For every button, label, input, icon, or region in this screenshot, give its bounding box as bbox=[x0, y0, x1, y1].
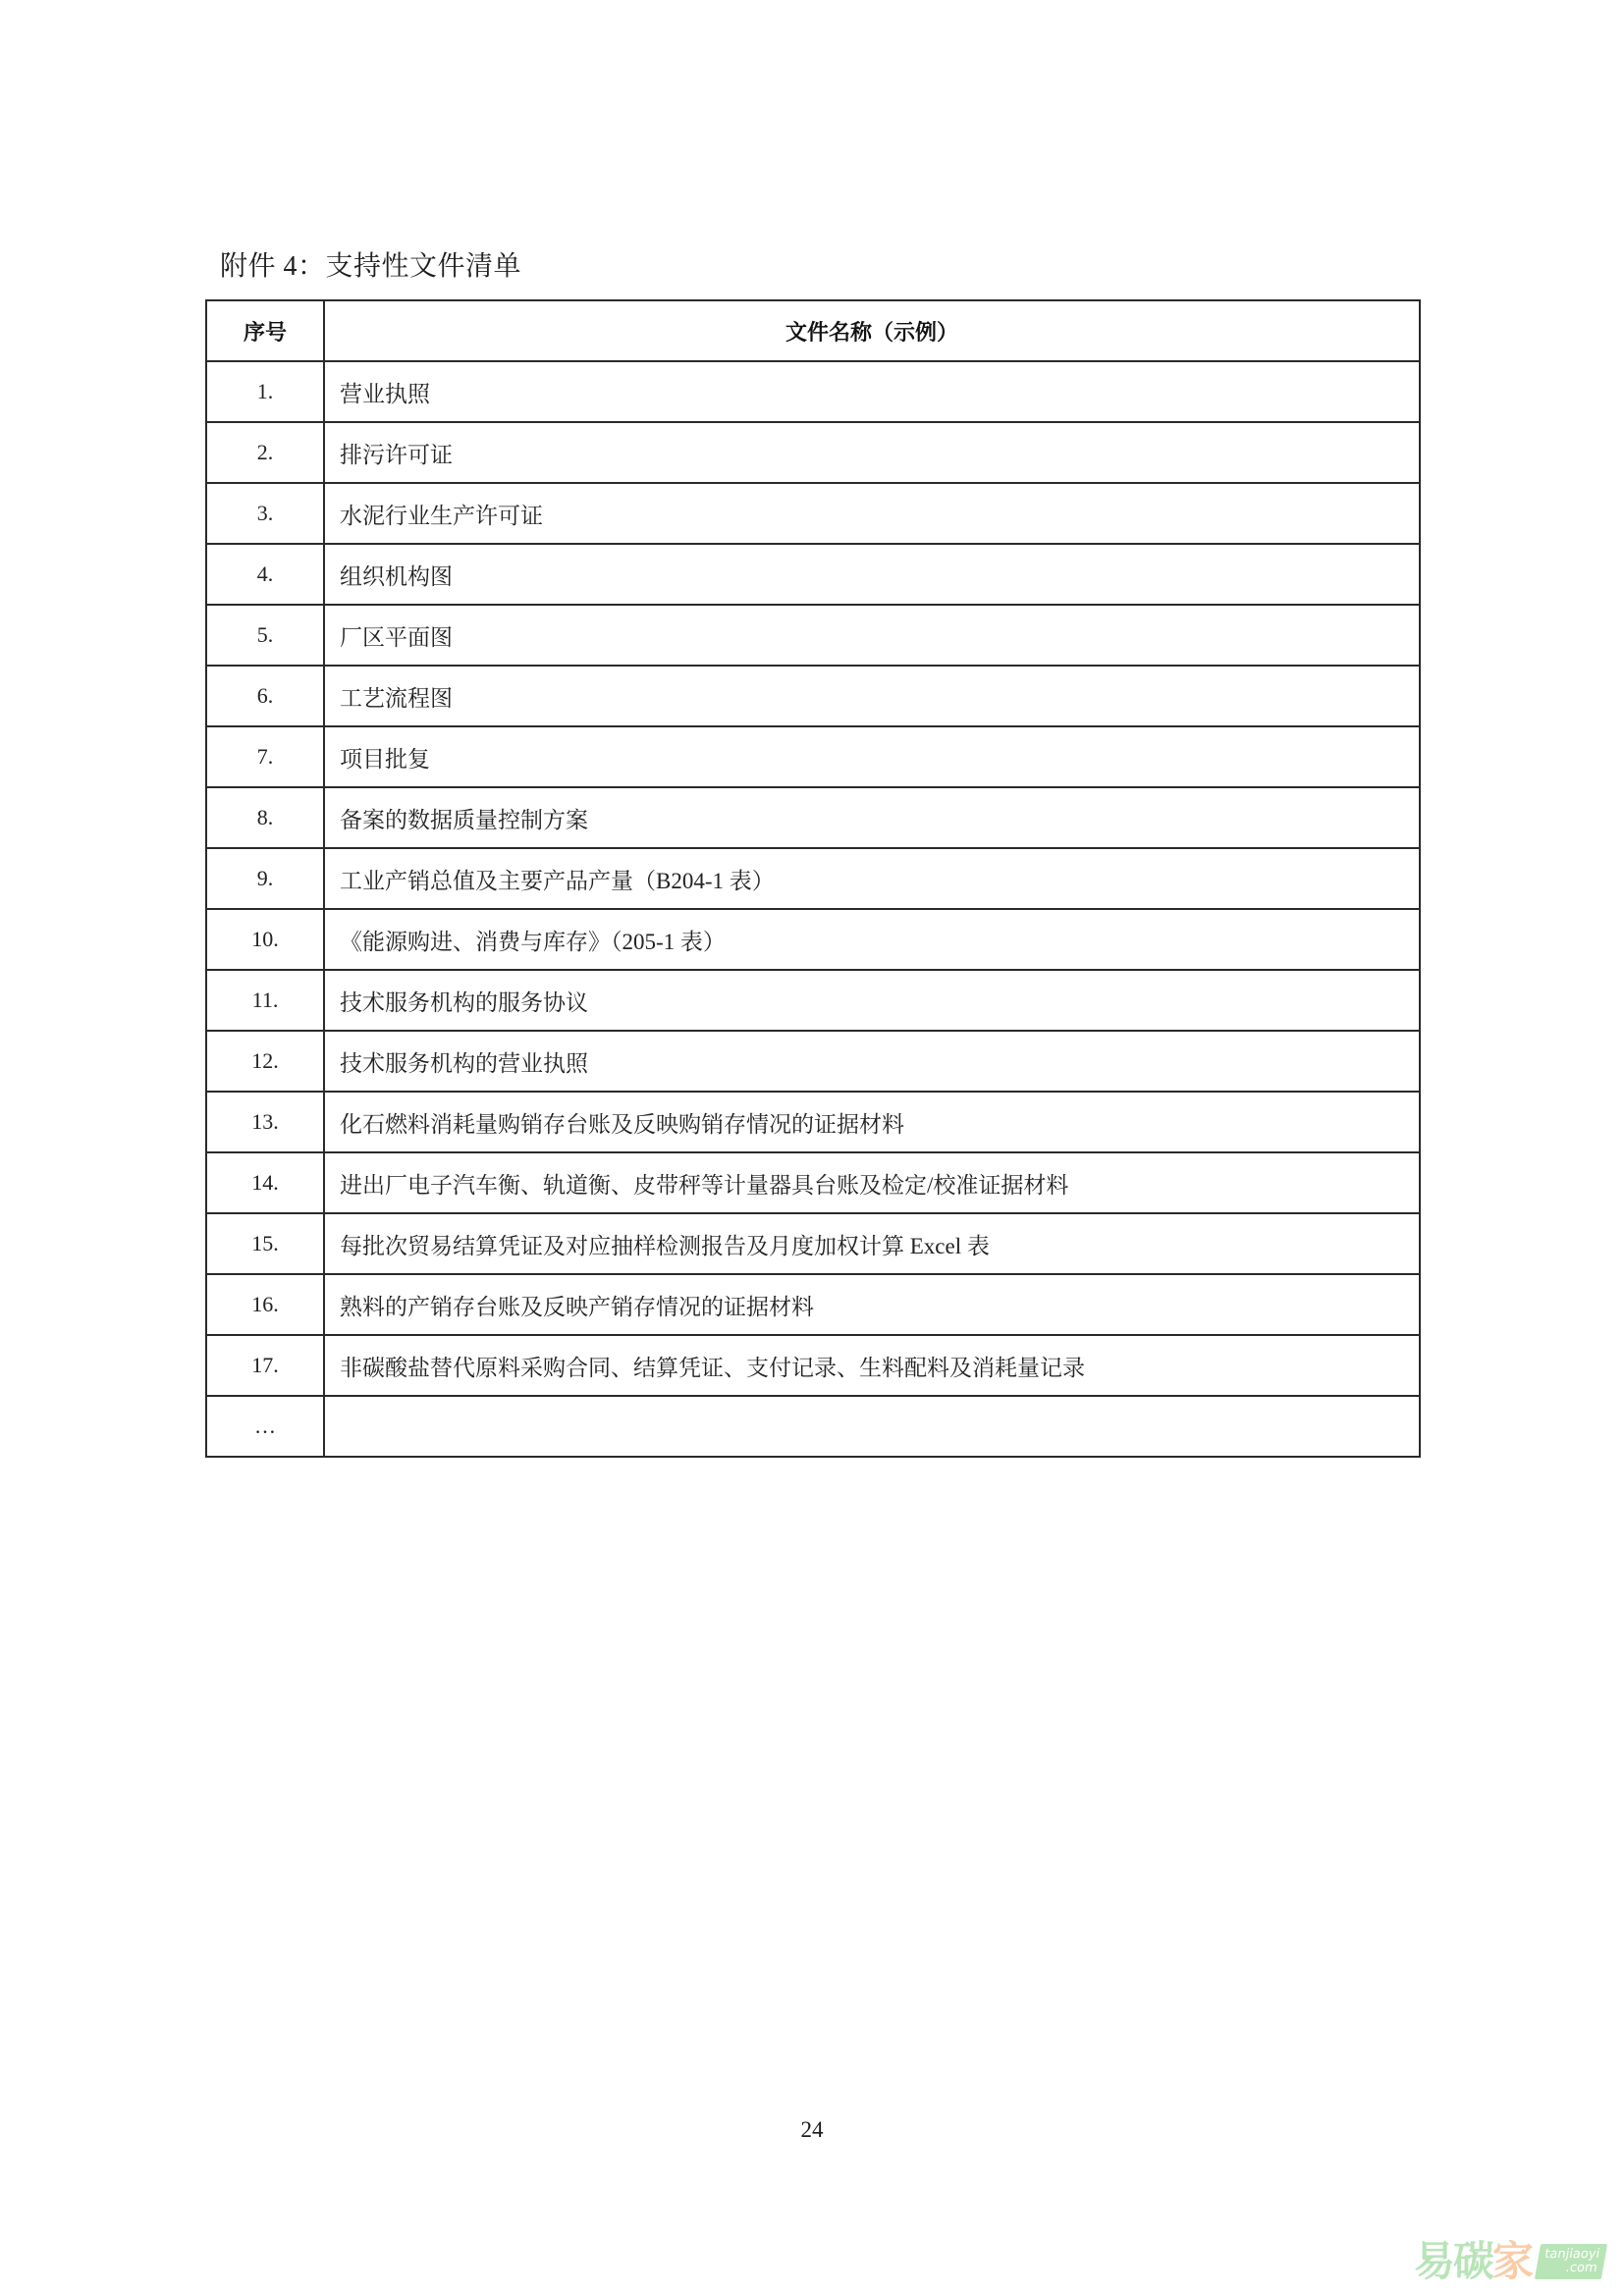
row-document-name bbox=[324, 1396, 1420, 1457]
document-title: 附件 4：支持性文件清单 bbox=[220, 247, 521, 287]
table-row: 6. 工艺流程图 bbox=[206, 666, 1420, 726]
table-row: 14. 进出厂电子汽车衡、轨道衡、皮带秤等计量器具台账及检定/校准证据材料 bbox=[206, 1152, 1420, 1213]
header-document-name: 文件名称（示例） bbox=[324, 300, 1420, 361]
row-document-name: 化石燃料消耗量购销存台账及反映购销存情况的证据材料 bbox=[324, 1092, 1420, 1152]
row-number: 5. bbox=[206, 605, 324, 666]
table-row: 5. 厂区平面图 bbox=[206, 605, 1420, 666]
row-number: 3. bbox=[206, 483, 324, 544]
watermark-brand: 易碳家 bbox=[1414, 2236, 1532, 2287]
row-document-name: 非碳酸盐替代原料采购合同、结算凭证、支付记录、生料配料及消耗量记录 bbox=[324, 1335, 1420, 1396]
row-document-name: 技术服务机构的服务协议 bbox=[324, 970, 1420, 1031]
row-number: 11. bbox=[206, 970, 324, 1031]
row-number: 4. bbox=[206, 544, 324, 605]
row-number: 13. bbox=[206, 1092, 324, 1152]
row-document-name: 技术服务机构的营业执照 bbox=[324, 1031, 1420, 1092]
row-document-name: 项目批复 bbox=[324, 726, 1420, 787]
table-row: 12. 技术服务机构的营业执照 bbox=[206, 1031, 1420, 1092]
row-document-name: 每批次贸易结算凭证及对应抽样检测报告及月度加权计算 Excel 表 bbox=[324, 1213, 1420, 1274]
table-row: 16. 熟料的产销存台账及反映产销存情况的证据材料 bbox=[206, 1274, 1420, 1335]
row-number: … bbox=[206, 1396, 324, 1457]
table-header-row: 序号 文件名称（示例） bbox=[206, 300, 1420, 361]
watermark-domain-tag: tanjiaoyi .com bbox=[1535, 2244, 1607, 2279]
row-number: 8. bbox=[206, 787, 324, 848]
row-number: 17. bbox=[206, 1335, 324, 1396]
watermark-brand-part2: 家 bbox=[1492, 2237, 1532, 2285]
table-row: 15. 每批次贸易结算凭证及对应抽样检测报告及月度加权计算 Excel 表 bbox=[206, 1213, 1420, 1274]
row-number: 14. bbox=[206, 1152, 324, 1213]
row-document-name: 《能源购进、消费与库存》（205-1 表） bbox=[324, 909, 1420, 970]
table-row: 17. 非碳酸盐替代原料采购合同、结算凭证、支付记录、生料配料及消耗量记录 bbox=[206, 1335, 1420, 1396]
row-document-name: 营业执照 bbox=[324, 361, 1420, 422]
table-row: 4. 组织机构图 bbox=[206, 544, 1420, 605]
row-document-name: 排污许可证 bbox=[324, 422, 1420, 483]
supporting-documents-table: 序号 文件名称（示例） 1. 营业执照 2. 排污许可证 3. 水泥行业生产许可… bbox=[205, 299, 1421, 1458]
row-number: 1. bbox=[206, 361, 324, 422]
table-row: 2. 排污许可证 bbox=[206, 422, 1420, 483]
table-row: 7. 项目批复 bbox=[206, 726, 1420, 787]
row-number: 16. bbox=[206, 1274, 324, 1335]
watermark-tag-line2: .com bbox=[1542, 2262, 1598, 2275]
row-number: 15. bbox=[206, 1213, 324, 1274]
row-document-name: 工艺流程图 bbox=[324, 666, 1420, 726]
row-number: 9. bbox=[206, 848, 324, 909]
row-number: 10. bbox=[206, 909, 324, 970]
watermark-tag-line1: tanjiaoyi bbox=[1543, 2248, 1600, 2262]
header-number: 序号 bbox=[206, 300, 324, 361]
table-row: 1. 营业执照 bbox=[206, 361, 1420, 422]
row-document-name: 水泥行业生产许可证 bbox=[324, 483, 1420, 544]
row-document-name: 进出厂电子汽车衡、轨道衡、皮带秤等计量器具台账及检定/校准证据材料 bbox=[324, 1152, 1420, 1213]
row-number: 7. bbox=[206, 726, 324, 787]
row-document-name: 工业产销总值及主要产品产量（B204-1 表） bbox=[324, 848, 1420, 909]
page-number: 24 bbox=[0, 2117, 1624, 2143]
row-document-name: 厂区平面图 bbox=[324, 605, 1420, 666]
row-number: 12. bbox=[206, 1031, 324, 1092]
table-row: … bbox=[206, 1396, 1420, 1457]
row-document-name: 组织机构图 bbox=[324, 544, 1420, 605]
table-row: 9. 工业产销总值及主要产品产量（B204-1 表） bbox=[206, 848, 1420, 909]
table-row: 13. 化石燃料消耗量购销存台账及反映购销存情况的证据材料 bbox=[206, 1092, 1420, 1152]
row-document-name: 备案的数据质量控制方案 bbox=[324, 787, 1420, 848]
watermark-brand-part1: 易碳 bbox=[1414, 2237, 1492, 2285]
row-number: 6. bbox=[206, 666, 324, 726]
row-document-name: 熟料的产销存台账及反映产销存情况的证据材料 bbox=[324, 1274, 1420, 1335]
table-row: 8. 备案的数据质量控制方案 bbox=[206, 787, 1420, 848]
watermark-logo: 易碳家 tanjiaoyi .com bbox=[1414, 2236, 1604, 2287]
table-row: 10. 《能源购进、消费与库存》（205-1 表） bbox=[206, 909, 1420, 970]
table-row: 3. 水泥行业生产许可证 bbox=[206, 483, 1420, 544]
table-row: 11. 技术服务机构的服务协议 bbox=[206, 970, 1420, 1031]
row-number: 2. bbox=[206, 422, 324, 483]
